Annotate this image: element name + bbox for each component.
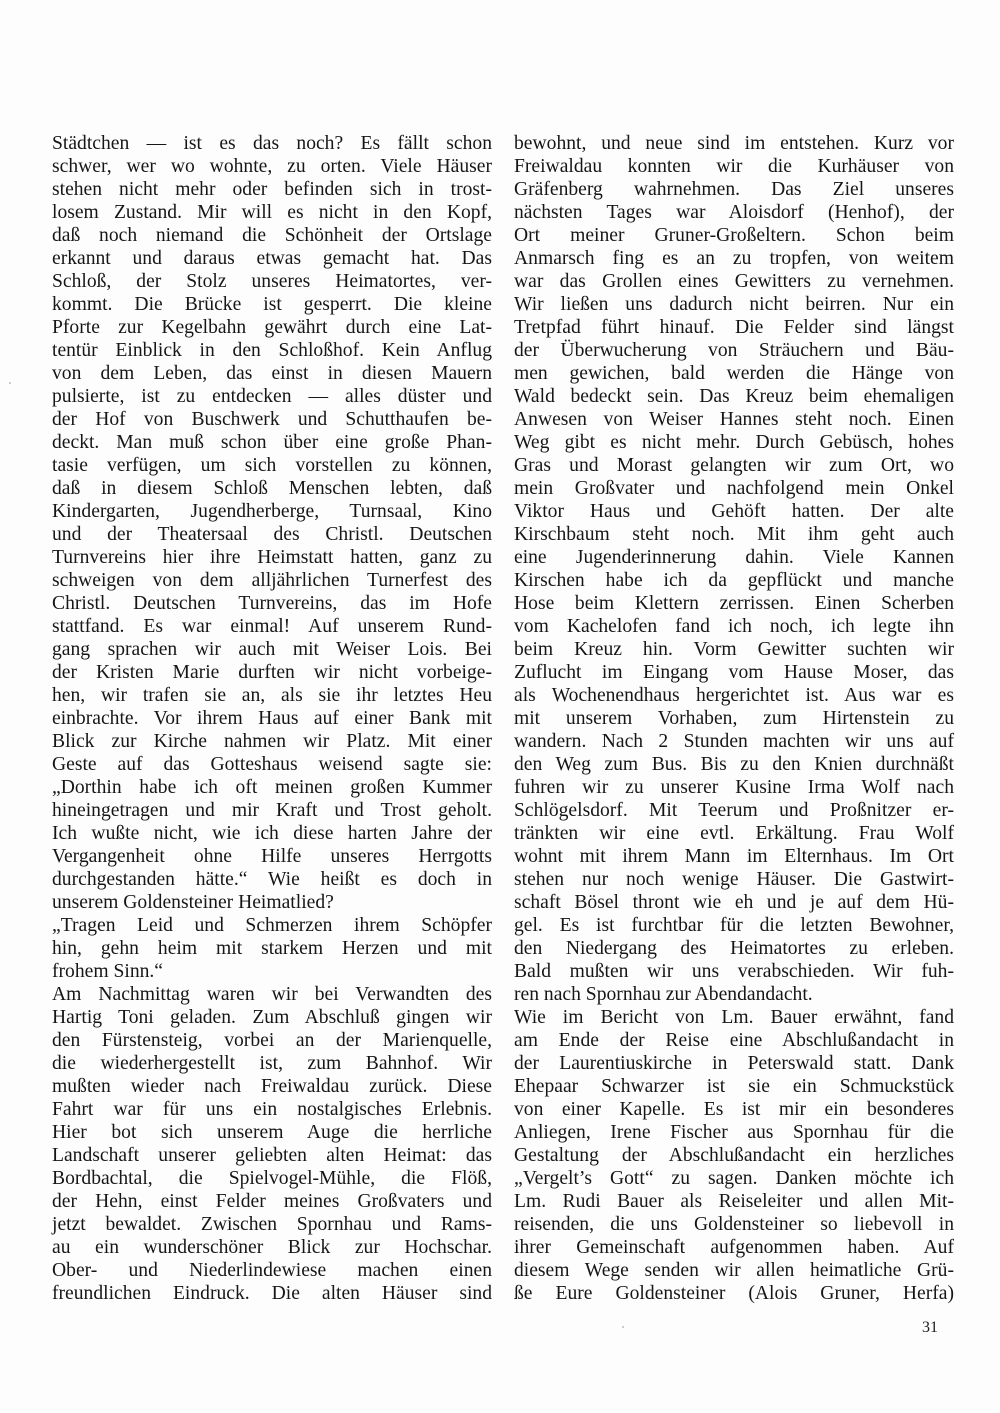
text-line: der Kristen Marie durften wir nicht vorb…	[52, 661, 492, 684]
text-line: der Überwucherung von Sträuchern und Bäu…	[514, 339, 954, 362]
text-line: hineingetragen und mir Kraft und Trost g…	[52, 799, 492, 822]
text-line: hin, gehn heim mit starkem Herzen und mi…	[52, 937, 492, 960]
text-line: Wir ließen uns dadurch nicht beirren. Nu…	[514, 293, 954, 316]
text-line: Wie im Bericht von Lm. Bauer erwähnt, fa…	[514, 1006, 954, 1029]
text-line: pulsierte, ist zu entdecken — alles düst…	[52, 385, 492, 408]
text-line: stattfand. Es war einmal! Auf unserem Ru…	[52, 615, 492, 638]
text-line: vom Kachelofen fand ich noch, ich legte …	[514, 615, 954, 638]
text-line: tasie verfügen, um sich vorstellen zu kö…	[52, 454, 492, 477]
text-line: Anmarsch fing es an zu tropfen, von weit…	[514, 247, 954, 270]
text-line: stehen nicht mehr oder befinden sich in …	[52, 178, 492, 201]
page-number: 31	[922, 1318, 938, 1338]
text-line: diesem Wege senden wir allen heimatliche…	[514, 1259, 954, 1282]
text-line: Städtchen — ist es das noch? Es fällt sc…	[52, 132, 492, 155]
text-line: Am Nachmittag waren wir bei Verwandten d…	[52, 983, 492, 1006]
text-line: Kindergarten, Jugendherberge, Turnsaal, …	[52, 500, 492, 523]
text-line: Ehepaar Schwarzer ist sie ein Schmuckstü…	[514, 1075, 954, 1098]
text-line: mein Großvater und nachfolgend mein Onke…	[514, 477, 954, 500]
text-line: jetzt bewaldet. Zwischen Spornhau und Ra…	[52, 1213, 492, 1236]
text-line: der Hehn, einst Felder meines Großvaters…	[52, 1190, 492, 1213]
text-line: reisenden, die uns Goldensteiner so lieb…	[514, 1213, 954, 1236]
text-line: schweigen von dem alljährlichen Turnerfe…	[52, 569, 492, 592]
text-line: Zuflucht im Eingang vom Hause Moser, das	[514, 661, 954, 684]
text-line: gel. Es ist furchtbar für die letzten Be…	[514, 914, 954, 937]
text-line: Hose beim Klettern zerrissen. Einen Sche…	[514, 592, 954, 615]
text-line: Hier bot sich unserem Auge die herrliche	[52, 1121, 492, 1144]
text-line: ren nach Spornhau zur Abendandacht.	[514, 983, 954, 1006]
text-line: Vergangenheit ohne Hilfe unseres Herrgot…	[52, 845, 492, 868]
text-line: Gestaltung der Abschlußandacht ein herzl…	[514, 1144, 954, 1167]
text-line: die wiederhergestellt ist, zum Bahnhof. …	[52, 1052, 492, 1075]
text-line: unserem Goldensteiner Heimatlied?	[52, 891, 492, 914]
text-line: freundlichen Eindruck. Die alten Häuser …	[52, 1282, 492, 1305]
text-line: deckt. Man muß schon über eine große Pha…	[52, 431, 492, 454]
text-line: men gewichen, bald werden die Hänge von	[514, 362, 954, 385]
text-column-right: bewohnt, und neue sind im entstehen. Kur…	[514, 132, 954, 1305]
text-line: Viktor Haus und Gehöft hatten. Der alte	[514, 500, 954, 523]
text-line: Fahrt war für uns ein nostalgisches Erle…	[52, 1098, 492, 1121]
text-line: daß in diesem Schloß Menschen lebten, da…	[52, 477, 492, 500]
text-line: Geste auf das Gotteshaus weisend sagte s…	[52, 753, 492, 776]
text-line: tränkten wir eine evtl. Erkältung. Frau …	[514, 822, 954, 845]
text-line: Blick zur Kirche nahmen wir Platz. Mit e…	[52, 730, 492, 753]
text-line: als Wochenendhaus hergerichtet ist. Aus …	[514, 684, 954, 707]
text-line: Bald mußten wir uns verabschieden. Wir f…	[514, 960, 954, 983]
text-line: hen, wir trafen sie an, als sie ihr letz…	[52, 684, 492, 707]
text-line: war das Grollen eines Gewitters zu verne…	[514, 270, 954, 293]
text-line: Lm. Rudi Bauer als Reiseleiter und allen…	[514, 1190, 954, 1213]
text-line: Turnvereins hier ihre Heimstatt hatten, …	[52, 546, 492, 569]
text-line: Kirschen habe ich da gepflückt und manch…	[514, 569, 954, 592]
text-line: daß noch niemand die Schönheit der Ortsl…	[52, 224, 492, 247]
text-line: Ober- und Niederlindewiese machen einen	[52, 1259, 492, 1282]
text-line: wandern. Nach 2 Stunden machten wir uns …	[514, 730, 954, 753]
text-line: frohem Sinn.“	[52, 960, 492, 983]
text-line: losem Zustand. Mir will es nicht in den …	[52, 201, 492, 224]
document-page: Städtchen — ist es das noch? Es fällt sc…	[0, 0, 1000, 1413]
text-line: schaft Bösel thront wie eh und je auf de…	[514, 891, 954, 914]
text-line: tentür Einblick in den Schloßhof. Kein A…	[52, 339, 492, 362]
text-line: au ein wunderschöner Blick zur Hochschar…	[52, 1236, 492, 1259]
text-line: von einer Kapelle. Es ist mir ein besond…	[514, 1098, 954, 1121]
text-line: Hartig Toni geladen. Zum Abschluß gingen…	[52, 1006, 492, 1029]
text-line: und der Theatersaal des Christl. Deutsch…	[52, 523, 492, 546]
text-line: der Laurentiuskirche in Peterswald statt…	[514, 1052, 954, 1075]
text-line: Tretpfad führt hinauf. Die Felder sind l…	[514, 316, 954, 339]
text-line: Landschaft unserer geliebten alten Heima…	[52, 1144, 492, 1167]
text-line: der Hof von Buschwerk und Schutthaufen b…	[52, 408, 492, 431]
text-line: den Fürstensteig, vorbei an der Marienqu…	[52, 1029, 492, 1052]
text-line: Gras und Morast gelangten wir zum Ort, w…	[514, 454, 954, 477]
scan-speck	[9, 382, 11, 384]
text-line: Pforte zur Kegelbahn gewährt durch eine …	[52, 316, 492, 339]
text-line: Bordbachtal, die Spielvogel-Mühle, die F…	[52, 1167, 492, 1190]
text-line: mußten wieder nach Freiwaldau zurück. Di…	[52, 1075, 492, 1098]
text-line: am Ende der Reise eine Abschlußandacht i…	[514, 1029, 954, 1052]
text-line: Schloß, der Stolz unseres Heimatortes, v…	[52, 270, 492, 293]
text-line: fuhren wir zu unserer Kusine Irma Wolf n…	[514, 776, 954, 799]
text-line: den Niedergang des Heimatortes zu erlebe…	[514, 937, 954, 960]
text-line: bewohnt, und neue sind im entstehen. Kur…	[514, 132, 954, 155]
text-line: „Tragen Leid und Schmerzen ihrem Schöpfe…	[52, 914, 492, 937]
scan-speck	[622, 1326, 624, 1328]
text-line: schwer, wer wo wohnte, zu orten. Viele H…	[52, 155, 492, 178]
text-line: kommt. Die Brücke ist gesperrt. Die klei…	[52, 293, 492, 316]
text-line: „Vergelt’s Gott“ zu sagen. Danken möchte…	[514, 1167, 954, 1190]
text-line: Gräfenberg wahrnehmen. Das Ziel unseres	[514, 178, 954, 201]
text-line: wohnt mit ihrem Mann im Elternhaus. Im O…	[514, 845, 954, 868]
text-line: stehen nur noch wenige Häuser. Die Gastw…	[514, 868, 954, 891]
text-line: eine Jugenderinnerung dahin. Viele Kanne…	[514, 546, 954, 569]
text-line: gang sprachen wir auch mit Weiser Lois. …	[52, 638, 492, 661]
text-line: den Weg zum Bus. Bis zu den Knien durchn…	[514, 753, 954, 776]
text-line: einbrachte. Vor ihrem Haus auf einer Ban…	[52, 707, 492, 730]
text-column-left: Städtchen — ist es das noch? Es fällt sc…	[52, 132, 492, 1305]
text-line: Ort meiner Gruner-Großeltern. Schon beim	[514, 224, 954, 247]
text-line: mit unserem Vorhaben, zum Hirtenstein zu	[514, 707, 954, 730]
text-line: Anliegen, Irene Fischer aus Spornhau für…	[514, 1121, 954, 1144]
text-line: ihrer Gemeinschaft aufgenommen haben. Au…	[514, 1236, 954, 1259]
text-line: Weg gibt es nicht mehr. Durch Gebüsch, h…	[514, 431, 954, 454]
text-line: von dem Leben, das einst in diesen Mauer…	[52, 362, 492, 385]
text-line: durchgestanden hätte.“ Wie heißt es doch…	[52, 868, 492, 891]
text-line: Kirschbaum steht noch. Mit ihm geht auch	[514, 523, 954, 546]
text-line: erkannt und daraus etwas gemacht hat. Da…	[52, 247, 492, 270]
text-line: Wald bedeckt sein. Das Kreuz beim ehemal…	[514, 385, 954, 408]
text-line: „Dorthin habe ich oft meinen großen Kumm…	[52, 776, 492, 799]
text-line: Schlögelsdorf. Mit Teerum und Proßnitzer…	[514, 799, 954, 822]
text-line: ße Eure Goldensteiner (Alois Gruner, Her…	[514, 1282, 954, 1305]
text-line: nächsten Tages war Aloisdorf (Henhof), d…	[514, 201, 954, 224]
text-line: Ich wußte nicht, wie ich diese harten Ja…	[52, 822, 492, 845]
text-line: Freiwaldau konnten wir die Kurhäuser von	[514, 155, 954, 178]
text-line: beim Kreuz hin. Vorm Gewitter suchten wi…	[514, 638, 954, 661]
text-line: Christl. Deutschen Turnvereins, das im H…	[52, 592, 492, 615]
text-line: Anwesen von Weiser Hannes steht noch. Ei…	[514, 408, 954, 431]
